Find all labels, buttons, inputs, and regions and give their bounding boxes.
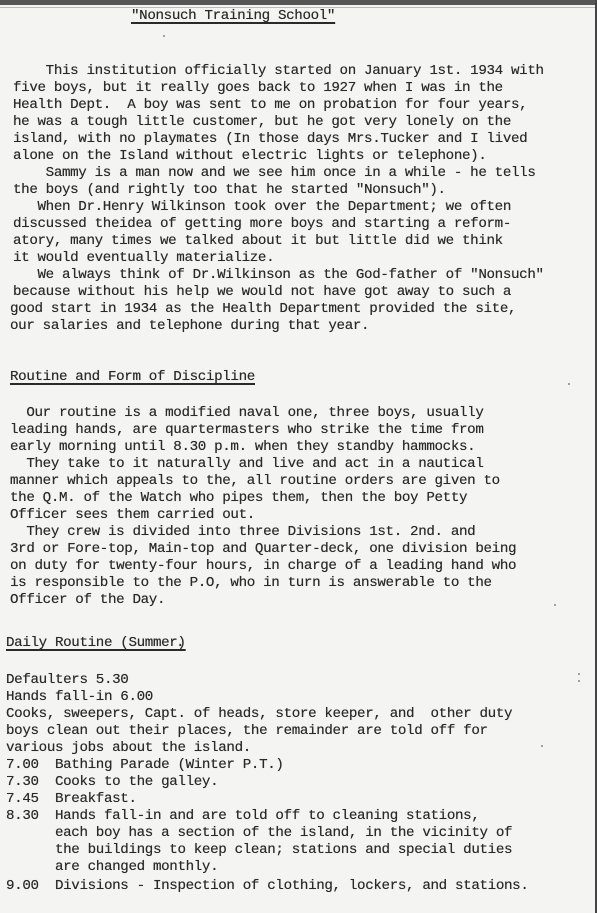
paper-speck	[578, 673, 580, 675]
routine-line: the Q.M. of the Watch who pipes them, th…	[10, 490, 467, 507]
intro-line: discussed theidea of getting more boys a…	[13, 216, 511, 233]
intro-line: good start in 1934 as the Health Departm…	[10, 301, 516, 318]
daily-line: 7.00 Bathing Parade (Winter P.T.)	[6, 757, 284, 774]
intro-line: our salaries and telephone during that y…	[10, 318, 369, 335]
section-heading-routine: Routine and Form of Discipline	[10, 369, 255, 386]
intro-line: he was a tough little customer, but he g…	[13, 114, 511, 131]
section-heading-daily: Daily Routine (Summer)	[6, 635, 186, 652]
paper-speck	[568, 383, 570, 385]
daily-line: Hands fall-in 6.00	[6, 689, 153, 706]
routine-line: leading hands, are quartermasters who st…	[10, 422, 484, 439]
section-heading-daily-suffix: .	[176, 635, 184, 652]
document-title: "Nonsuch Training School"	[131, 8, 335, 25]
routine-line: Officer of the Day.	[10, 592, 165, 609]
intro-line: When Dr.Henry Wilkinson took over the De…	[13, 199, 511, 216]
intro-line: because without his help we would not ha…	[13, 284, 511, 301]
routine-line: They take to it naturally and live and a…	[10, 456, 484, 473]
daily-line: 7.30 Cooks to the galley.	[6, 774, 218, 791]
intro-line: it would eventually materialize.	[13, 250, 274, 267]
paper-speck	[541, 745, 543, 747]
intro-line: Sammy is a man now and we see him once i…	[13, 165, 536, 182]
intro-line: alone on the Island without electric lig…	[13, 148, 487, 165]
intro-line: This institution officially started on J…	[13, 63, 544, 80]
routine-line: early morning until 8.30 p.m. when they …	[10, 439, 475, 456]
intro-line: the boys (and rightly too that he starte…	[13, 182, 446, 199]
daily-line: 9.00 Divisions - Inspection of clothing,…	[6, 878, 529, 895]
paper-speck	[578, 680, 580, 682]
routine-line: 3rd or Fore-top, Main-top and Quarter-de…	[10, 541, 516, 558]
daily-line: boys clean out their places, the remaind…	[6, 723, 488, 740]
routine-line: is responsible to the P.O, who in turn i…	[10, 575, 492, 592]
daily-line: each boy has a section of the island, in…	[6, 825, 512, 842]
routine-line: Officer sees them carried out.	[10, 507, 255, 524]
daily-line: are changed monthly.	[6, 859, 218, 876]
intro-line: island, with no playmates (In those days…	[13, 131, 527, 148]
daily-line: 8.30 Hands fall-in and are told off to c…	[6, 808, 480, 825]
daily-line: Cooks, sweepers, Capt. of heads, store k…	[6, 706, 512, 723]
routine-line: They crew is divided into three Division…	[10, 524, 475, 541]
routine-line: Our routine is a modified naval one, thr…	[10, 405, 484, 422]
daily-line: the buildings to keep clean; stations an…	[6, 842, 512, 859]
daily-line: Defaulters 5.30	[6, 672, 128, 689]
typewritten-page: "Nonsuch Training School" This instituti…	[0, 0, 597, 913]
intro-line: Health Dept. A boy was sent to me on pro…	[13, 97, 527, 114]
intro-line: We always think of Dr.Wilkinson as the G…	[13, 267, 544, 284]
routine-line: on duty for twenty-four hours, in charge…	[10, 558, 516, 575]
paper-speck	[163, 35, 165, 37]
routine-line: manner which appeals to the, all routine…	[10, 473, 500, 490]
daily-line: 7.45 Breakfast.	[6, 791, 137, 808]
intro-line: five boys, but it really goes back to 19…	[13, 80, 503, 97]
daily-line: various jobs about the island.	[6, 740, 251, 757]
intro-line: atory, many times we talked about it but…	[13, 233, 503, 250]
paper-speck	[554, 604, 556, 606]
